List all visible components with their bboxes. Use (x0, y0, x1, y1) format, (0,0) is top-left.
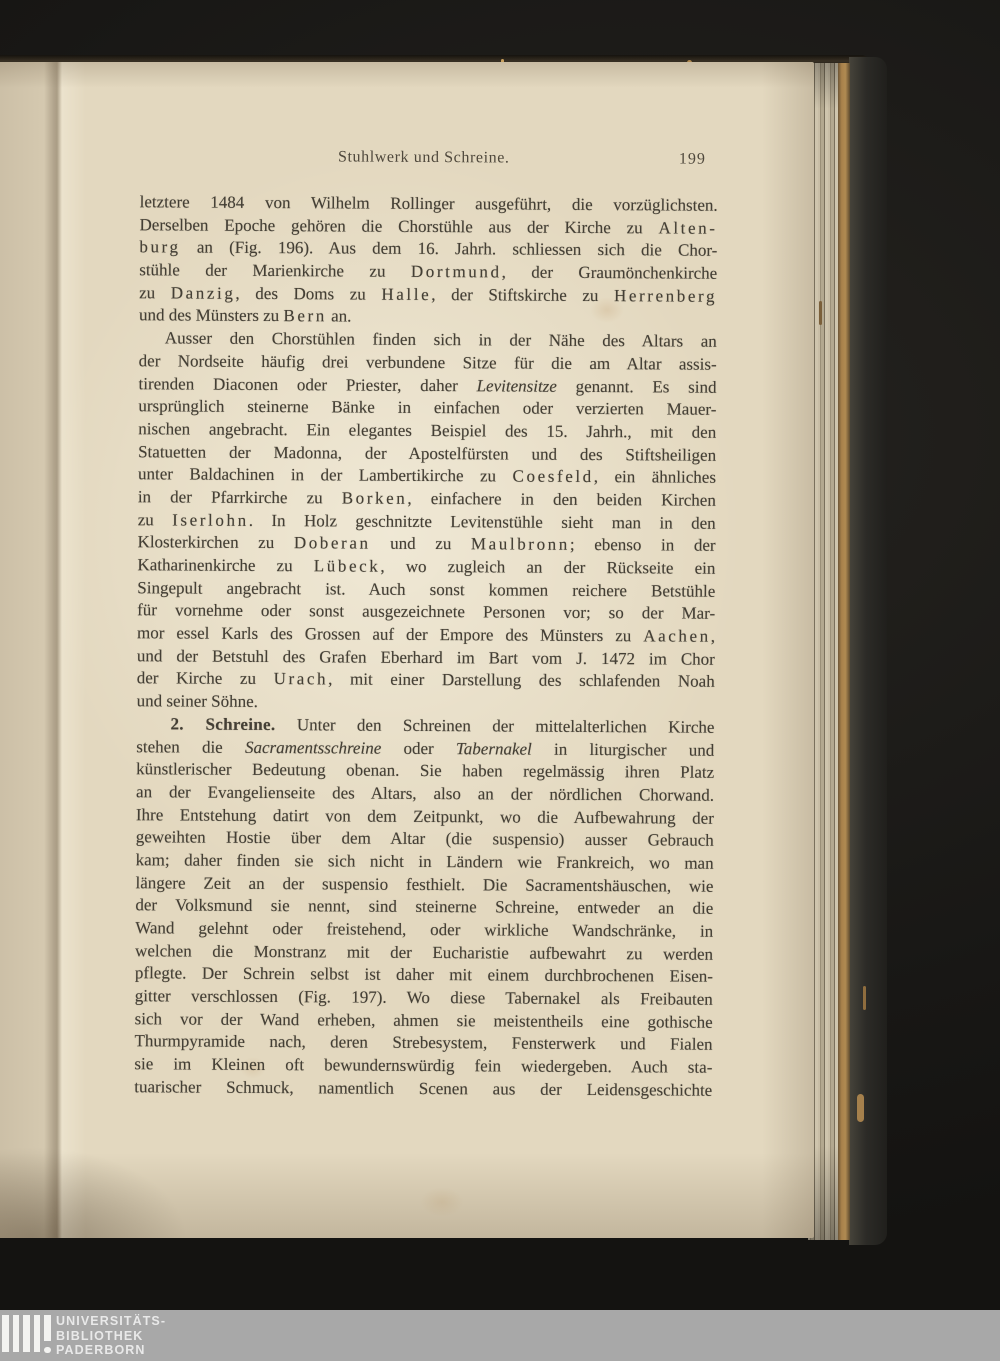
text-segment: gitter verschlossen (Fig. 197). Wo diese… (135, 986, 713, 1009)
library-name-line: PADERBORN (56, 1343, 166, 1358)
scan-background: { "header": { "title": "Stuhlwerk und Sc… (0, 0, 1000, 1361)
text-segment: tuarischer Schmuck, namentlich Scenen au… (134, 1077, 712, 1100)
text-line: stühle der Marienkirche zu Dortmund, der… (139, 259, 717, 285)
text-segment: Ausser den Chorstühlen finden sich in de… (165, 329, 717, 351)
text-line: in der Pfarrkirche zu Borken, einfachere… (138, 486, 716, 512)
text-segment: Herrenberg (614, 286, 717, 306)
logo-bar (23, 1315, 30, 1352)
text-segment: nischen angebracht. Ein elegantes Beispi… (138, 419, 716, 442)
text-segment: Statuetten der Madonna, der Apostelfürst… (138, 442, 716, 465)
text-segment: Wand gelehnt oder freistehend, oder wirk… (135, 918, 713, 941)
text-segment: Thurmpyramide nach, deren Strebesystem, … (134, 1032, 712, 1055)
library-name-line: UNIVERSITÄTS- (56, 1314, 166, 1329)
text-segment: der Nordseite häufig drei verbundene Sit… (139, 351, 717, 374)
library-logo-icon (2, 1315, 51, 1353)
library-watermark-band: UNIVERSITÄTS- BIBLIOTHEK PADERBORN (0, 1310, 1000, 1361)
text-line: künstlerischer Bedeutung obenan. Sie hab… (136, 758, 714, 784)
text-segment: 2. Schreine. (170, 714, 275, 734)
text-segment: , einfachere in den beiden Kirchen (407, 489, 716, 510)
text-segment: sie im Kleinen oft bewundernswürdig fein… (134, 1054, 712, 1077)
text-segment: , ein ähnliches (594, 467, 716, 487)
text-segment: Maulbronn (471, 535, 570, 555)
page-number: 199 (679, 150, 706, 170)
text-segment: zu (139, 283, 171, 302)
text-segment: und seiner Söhne. (137, 691, 258, 711)
text-segment: welchen die Monstranz mit der Eucharisti… (135, 941, 713, 964)
text-segment: und des Münsters zu (139, 306, 284, 326)
text-segment: stühle der Marienkirche zu (139, 260, 411, 281)
text-segment: . In Holz geschnitzte Levitenstühle sieh… (249, 511, 716, 533)
running-header: Stuhlwerk und Schreine. 199 (140, 146, 718, 170)
text-segment: , der Graumönchenkirche (502, 263, 718, 283)
text-segment: oder (381, 738, 456, 757)
text-segment: tirenden Diaconen oder Priester, daher (138, 374, 476, 395)
text-line: 2. Schreine. Unter den Schreinen der mit… (136, 713, 714, 739)
text-segment: ; ebenso in der (570, 535, 716, 555)
text-segment: letztere 1484 von Wilhelm Rollinger ausg… (140, 192, 718, 215)
logo-bar (34, 1315, 41, 1352)
text-segment: Borken (342, 488, 408, 507)
text-segment: der Kirche zu (137, 669, 274, 689)
library-name-line: BIBLIOTHEK (56, 1329, 166, 1344)
text-segment: an (Fig. 196). Aus dem 16. Jahrh. schlie… (181, 238, 718, 260)
text-line: sie im Kleinen oft bewundernswürdig fein… (134, 1053, 712, 1079)
text-segment: Aachen (643, 626, 711, 645)
text-segment: ursprünglich steinerne Bänke in einfache… (138, 396, 716, 419)
text-segment: Lübeck (314, 556, 381, 575)
logo-dot (44, 1347, 51, 1354)
text-segment: Klosterkirchen zu (138, 533, 294, 553)
text-segment: künstlerischer Bedeutung obenan. Sie hab… (136, 759, 714, 782)
text-segment: Unter den Schreinen der mittelalterliche… (275, 715, 714, 737)
text-segment: Bern (283, 307, 327, 326)
running-header-title: Stuhlwerk und Schreine. (338, 147, 510, 168)
text-segment: kam; daher finden sie sich nicht in Länd… (136, 850, 714, 873)
text-segment: burg (139, 238, 180, 257)
book-page: Stuhlwerk und Schreine. 199 letztere 148… (0, 62, 814, 1238)
book-binding-edge (849, 57, 887, 1245)
text-line: ursprünglich steinerne Bänke in einfache… (138, 395, 716, 421)
text-segment: sich vor der Wand erheben, ahmen sie mei… (135, 1009, 713, 1032)
text-segment: Danzig (171, 283, 236, 302)
foxing-spot (420, 1187, 464, 1217)
text-segment: Urach (274, 669, 329, 688)
text-segment: pflegte. Der Schrein selbst ist daher mi… (135, 964, 713, 987)
page-content: Stuhlwerk und Schreine. 199 letztere 148… (134, 146, 718, 1102)
text-segment: , der Stiftskirche zu (431, 285, 614, 305)
text-segment: stehen die (136, 737, 245, 757)
text-segment: der Volksmund sie nennt, sind steinerne … (135, 896, 713, 919)
text-line: an der Evangelienseite des Altars, also … (136, 781, 714, 807)
text-segment: an der Evangelienseite des Altars, also … (136, 782, 714, 805)
text-segment: Derselben Epoche gehören die Chorstühle … (139, 215, 658, 237)
text-segment: und der Betstuhl des Grafen Eberhard im … (137, 646, 715, 669)
text-line: letztere 1484 von Wilhelm Rollinger ausg… (140, 191, 718, 217)
text-segment: Doberan (294, 533, 371, 552)
logo-exclamation (44, 1315, 51, 1353)
text-segment: Alten- (658, 218, 717, 237)
text-segment: , des Doms zu (235, 284, 381, 304)
text-segment: längere Zeit an der suspensio festhielt.… (135, 873, 713, 896)
body-text: letztere 1484 von Wilhelm Rollinger ausg… (134, 191, 718, 1102)
text-segment: in liturgischer und (532, 739, 715, 759)
text-segment: Tabernakel (456, 739, 532, 758)
text-line: der Nordseite häufig drei verbundene Sit… (139, 350, 717, 376)
text-line: Ausser den Chorstühlen finden sich in de… (139, 327, 717, 353)
text-segment: genannt. Es sind (557, 376, 717, 396)
text-segment: Iserlohn (172, 510, 249, 529)
library-name: UNIVERSITÄTS- BIBLIOTHEK PADERBORN (56, 1314, 166, 1358)
text-segment: , (711, 627, 715, 646)
text-line: Katharinenkirche zu Lübeck, wo zugleich … (137, 554, 715, 580)
text-segment: Ihre Entstehung datirt von dem Zeitpunkt… (136, 805, 714, 828)
text-segment: Singepult angebracht ist. Auch sonst kom… (137, 578, 715, 601)
text-segment: Halle (381, 284, 431, 303)
text-line: Wand gelehnt oder freistehend, oder wirk… (135, 917, 713, 943)
text-segment: und zu (371, 534, 471, 554)
text-segment: an. (327, 307, 352, 326)
text-segment: , mit einer Darstellung des schlafenden … (328, 670, 715, 691)
text-segment: zu (138, 510, 173, 529)
text-line: mor essel Karls des Grossen auf der Empo… (137, 622, 715, 648)
text-line: nischen angebracht. Ein elegantes Beispi… (138, 418, 716, 444)
logo-bar (44, 1315, 51, 1341)
text-line: gitter verschlossen (Fig. 197). Wo diese… (135, 985, 713, 1011)
logo-bar (2, 1315, 9, 1352)
text-segment: Katharinenkirche zu (137, 555, 313, 575)
logo-bar (13, 1315, 20, 1352)
text-segment: Levitensitze (477, 376, 557, 395)
text-segment: mor essel Karls des Grossen auf der Empo… (137, 623, 643, 645)
text-segment: Coesfeld (513, 467, 594, 486)
text-segment: Sacramentsschreine (245, 737, 381, 757)
text-segment: Dortmund (411, 262, 502, 282)
text-line: tuarischer Schmuck, namentlich Scenen au… (134, 1076, 712, 1102)
text-segment: geweihten Hostie über dem Altar (die sus… (136, 827, 714, 850)
text-line: und seiner Söhne. (137, 690, 715, 716)
text-segment: in der Pfarrkirche zu (138, 487, 342, 507)
text-segment: , wo zugleich an der Rückseite ein (380, 557, 715, 578)
text-segment: für vornehme oder sonst ausgezeichnete P… (137, 601, 715, 624)
book-fore-edge-tan-strip (838, 63, 850, 1240)
text-line: kam; daher finden sie sich nicht in Länd… (136, 849, 714, 875)
text-segment: unter Baldachinen in der Lambertikirche … (138, 464, 513, 485)
